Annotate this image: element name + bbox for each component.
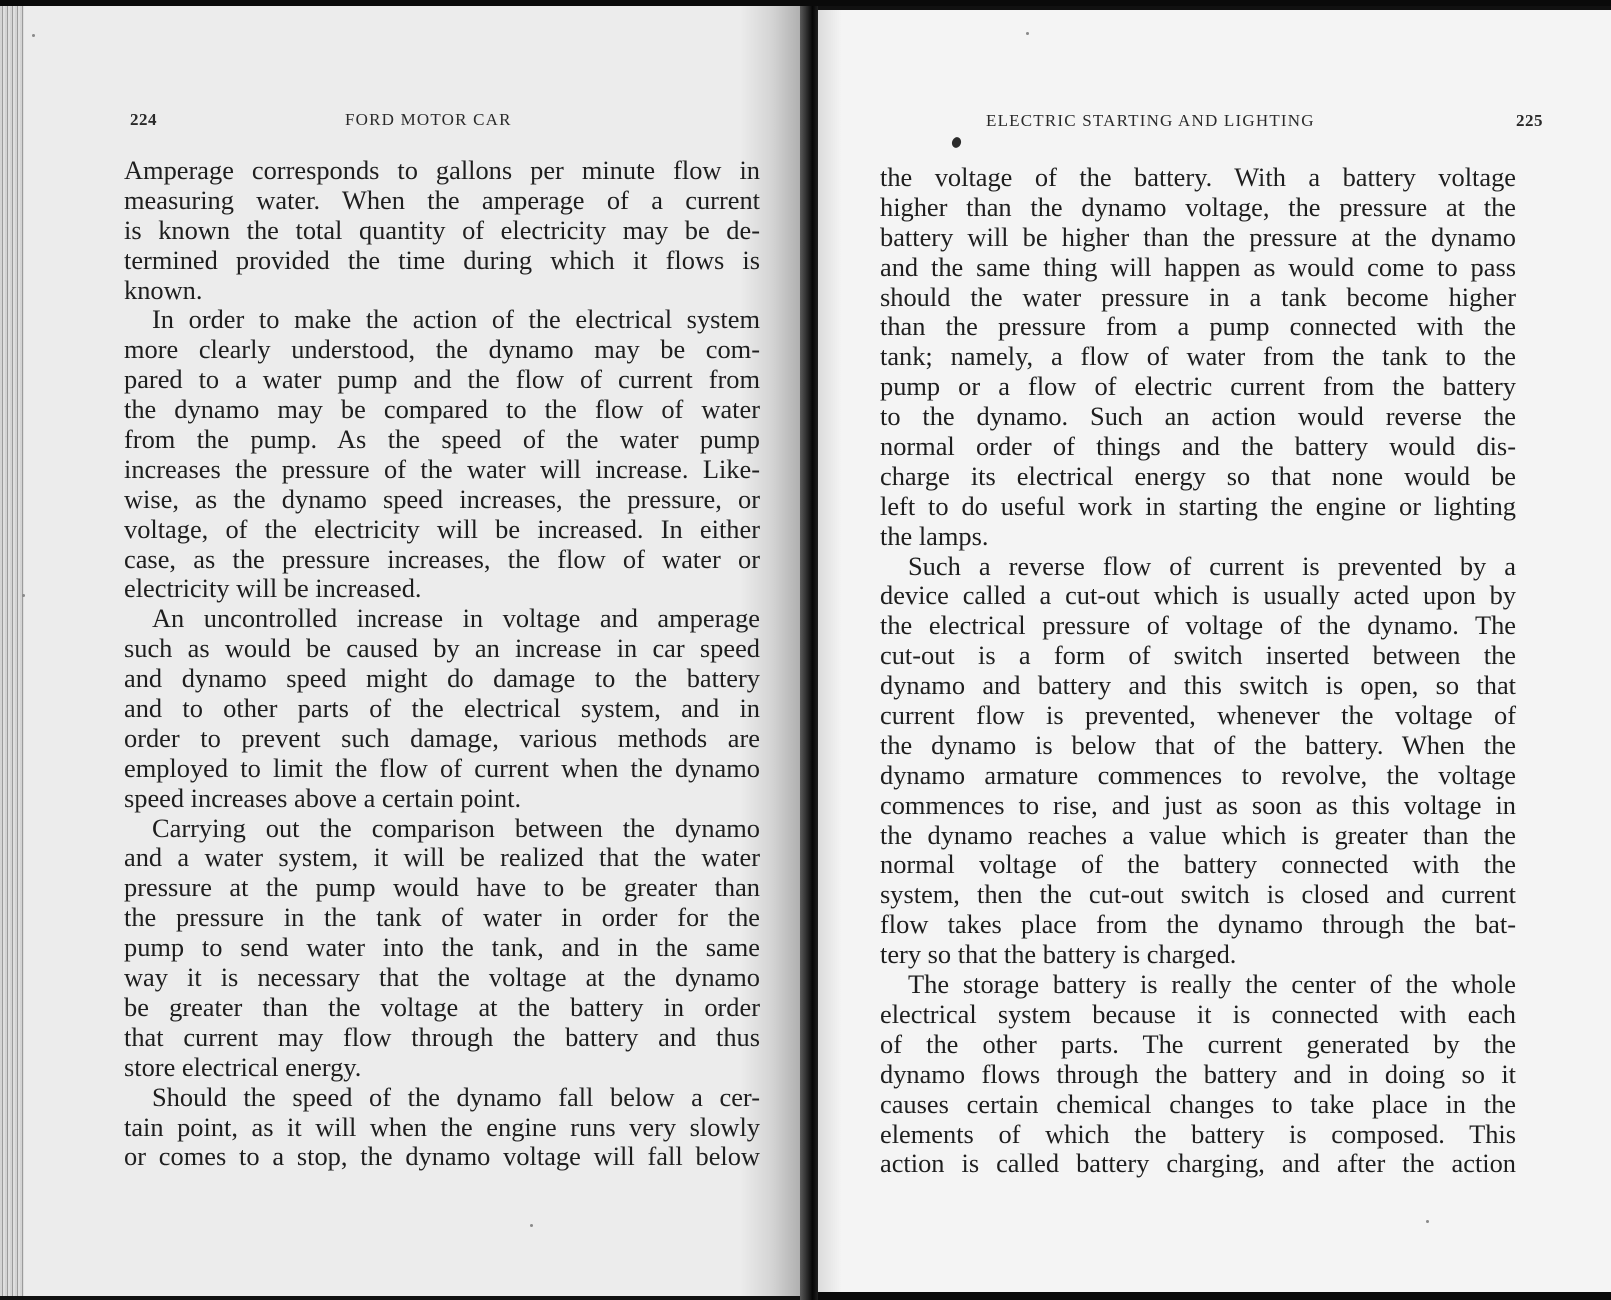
text-line: normal voltage of the battery connected …: [880, 850, 1516, 880]
scan-speck: [1426, 1220, 1429, 1223]
text-line: store electrical energy.: [124, 1053, 760, 1083]
text-line: system, then the cut-out switch is close…: [880, 880, 1516, 910]
text-line: order to prevent such damage, various me…: [124, 724, 760, 754]
text-line: should the water pressure in a tank beco…: [880, 283, 1516, 313]
scan-speck: [1026, 32, 1029, 35]
text-line: employed to limit the flow of current wh…: [124, 754, 760, 784]
text-line: increases the pressure of the water will…: [124, 455, 760, 485]
text-line: Should the speed of the dynamo fall belo…: [124, 1083, 760, 1113]
scan-speck: [530, 1224, 533, 1227]
text-line: and dynamo speed might do damage to the …: [124, 664, 760, 694]
text-line: The storage battery is really the center…: [880, 970, 1516, 1000]
text-line: that current may flow through the batter…: [124, 1023, 760, 1053]
text-line: tank; namely, a flow of water from the t…: [880, 342, 1516, 372]
ink-blot: [950, 136, 962, 149]
scan-speck: [22, 594, 25, 597]
left-body-text: Amperage corresponds to gallons per minu…: [124, 156, 760, 1172]
left-running-head: 224 FORD MOTOR CAR: [130, 110, 760, 134]
text-line: than the pressure from a pump connected …: [880, 312, 1516, 342]
page-edge-stack: [0, 4, 24, 1296]
text-line: the pressure in the tank of water in ord…: [124, 903, 760, 933]
text-line: charge its electrical energy so that non…: [880, 462, 1516, 492]
text-line: dynamo armature commences to revolve, th…: [880, 761, 1516, 791]
text-line: device called a cut-out which is usually…: [880, 581, 1516, 611]
text-line: from the pump. As the speed of the water…: [124, 425, 760, 455]
text-line: the voltage of the battery. With a batte…: [880, 163, 1516, 193]
text-line: electrical system because it is connecte…: [880, 1000, 1516, 1030]
right-page: ELECTRIC STARTING AND LIGHTING 225 the v…: [818, 10, 1611, 1292]
text-line: more clearly understood, the dynamo may …: [124, 335, 760, 365]
right-running-head: ELECTRIC STARTING AND LIGHTING 225: [818, 111, 1543, 135]
text-line: and the same thing will happen as would …: [880, 253, 1516, 283]
text-line: Amperage corresponds to gallons per minu…: [124, 156, 760, 186]
text-line: pump to send water into the tank, and in…: [124, 933, 760, 963]
text-line: measuring water. When the amperage of a …: [124, 186, 760, 216]
text-line: current flow is prevented, whenever the …: [880, 701, 1516, 731]
page-number: 224: [130, 110, 157, 130]
text-line: tain point, as it will when the engine r…: [124, 1113, 760, 1143]
text-line: termined provided the time during which …: [124, 246, 760, 276]
text-line: and to other parts of the electrical sys…: [124, 694, 760, 724]
page-number: 225: [1516, 111, 1543, 131]
text-line: to the dynamo. Such an action would reve…: [880, 402, 1516, 432]
text-line: way it is necessary that the voltage at …: [124, 963, 760, 993]
running-head-title: ELECTRIC STARTING AND LIGHTING: [986, 111, 1315, 131]
text-line: left to do useful work in starting the e…: [880, 492, 1516, 522]
scan-bottom-border: [818, 1292, 1611, 1300]
text-line: the lamps.: [880, 522, 1516, 552]
text-line: tery so that the battery is charged.: [880, 940, 1516, 970]
text-line: elements of which the battery is compose…: [880, 1120, 1516, 1150]
scan-speck: [32, 34, 35, 37]
text-line: or comes to a stop, the dynamo voltage w…: [124, 1142, 760, 1172]
text-line: cut-out is a form of switch inserted bet…: [880, 641, 1516, 671]
text-line: voltage, of the electricity will be incr…: [124, 515, 760, 545]
text-line: battery will be higher than the pressure…: [880, 223, 1516, 253]
right-body-text: the voltage of the battery. With a batte…: [880, 163, 1516, 1179]
text-line: An uncontrolled increase in voltage and …: [124, 604, 760, 634]
text-line: pared to a water pump and the flow of cu…: [124, 365, 760, 395]
text-line: flow takes place from the dynamo through…: [880, 910, 1516, 940]
text-line: be greater than the voltage at the batte…: [124, 993, 760, 1023]
text-line: case, as the pressure increases, the flo…: [124, 545, 760, 575]
text-line: known.: [124, 276, 760, 306]
text-line: pressure at the pump would have to be gr…: [124, 873, 760, 903]
text-line: action is called battery charging, and a…: [880, 1149, 1516, 1179]
text-line: the dynamo reaches a value which is grea…: [880, 821, 1516, 851]
text-line: dynamo flows through the battery and in …: [880, 1060, 1516, 1090]
text-line: higher than the dynamo voltage, the pres…: [880, 193, 1516, 223]
text-line: Carrying out the comparison between the …: [124, 814, 760, 844]
text-line: the dynamo may be compared to the flow o…: [124, 395, 760, 425]
running-head-title: FORD MOTOR CAR: [345, 110, 512, 130]
text-line: speed increases above a certain point.: [124, 784, 760, 814]
text-line: wise, as the dynamo speed increases, the…: [124, 485, 760, 515]
text-line: electricity will be increased.: [124, 574, 760, 604]
text-line: normal order of things and the battery w…: [880, 432, 1516, 462]
text-line: In order to make the action of the elect…: [124, 305, 760, 335]
text-line: of the other parts. The current generate…: [880, 1030, 1516, 1060]
text-line: causes certain chemical changes to take …: [880, 1090, 1516, 1120]
text-line: the dynamo is below that of the battery.…: [880, 731, 1516, 761]
text-line: is known the total quantity of electrici…: [124, 216, 760, 246]
left-page: 224 FORD MOTOR CAR Amperage corresponds …: [0, 4, 804, 1296]
text-line: such as would be caused by an increase i…: [124, 634, 760, 664]
text-line: commences to rise, and just as soon as t…: [880, 791, 1516, 821]
book-spread: 224 FORD MOTOR CAR Amperage corresponds …: [0, 0, 1611, 1300]
text-line: pump or a flow of electric current from …: [880, 372, 1516, 402]
text-line: and a water system, it will be realized …: [124, 843, 760, 873]
text-line: dynamo and battery and this switch is op…: [880, 671, 1516, 701]
book-gutter: [800, 0, 818, 1300]
text-line: Such a reverse flow of current is preven…: [880, 552, 1516, 582]
text-line: the electrical pressure of voltage of th…: [880, 611, 1516, 641]
scan-top-border: [0, 0, 1611, 6]
